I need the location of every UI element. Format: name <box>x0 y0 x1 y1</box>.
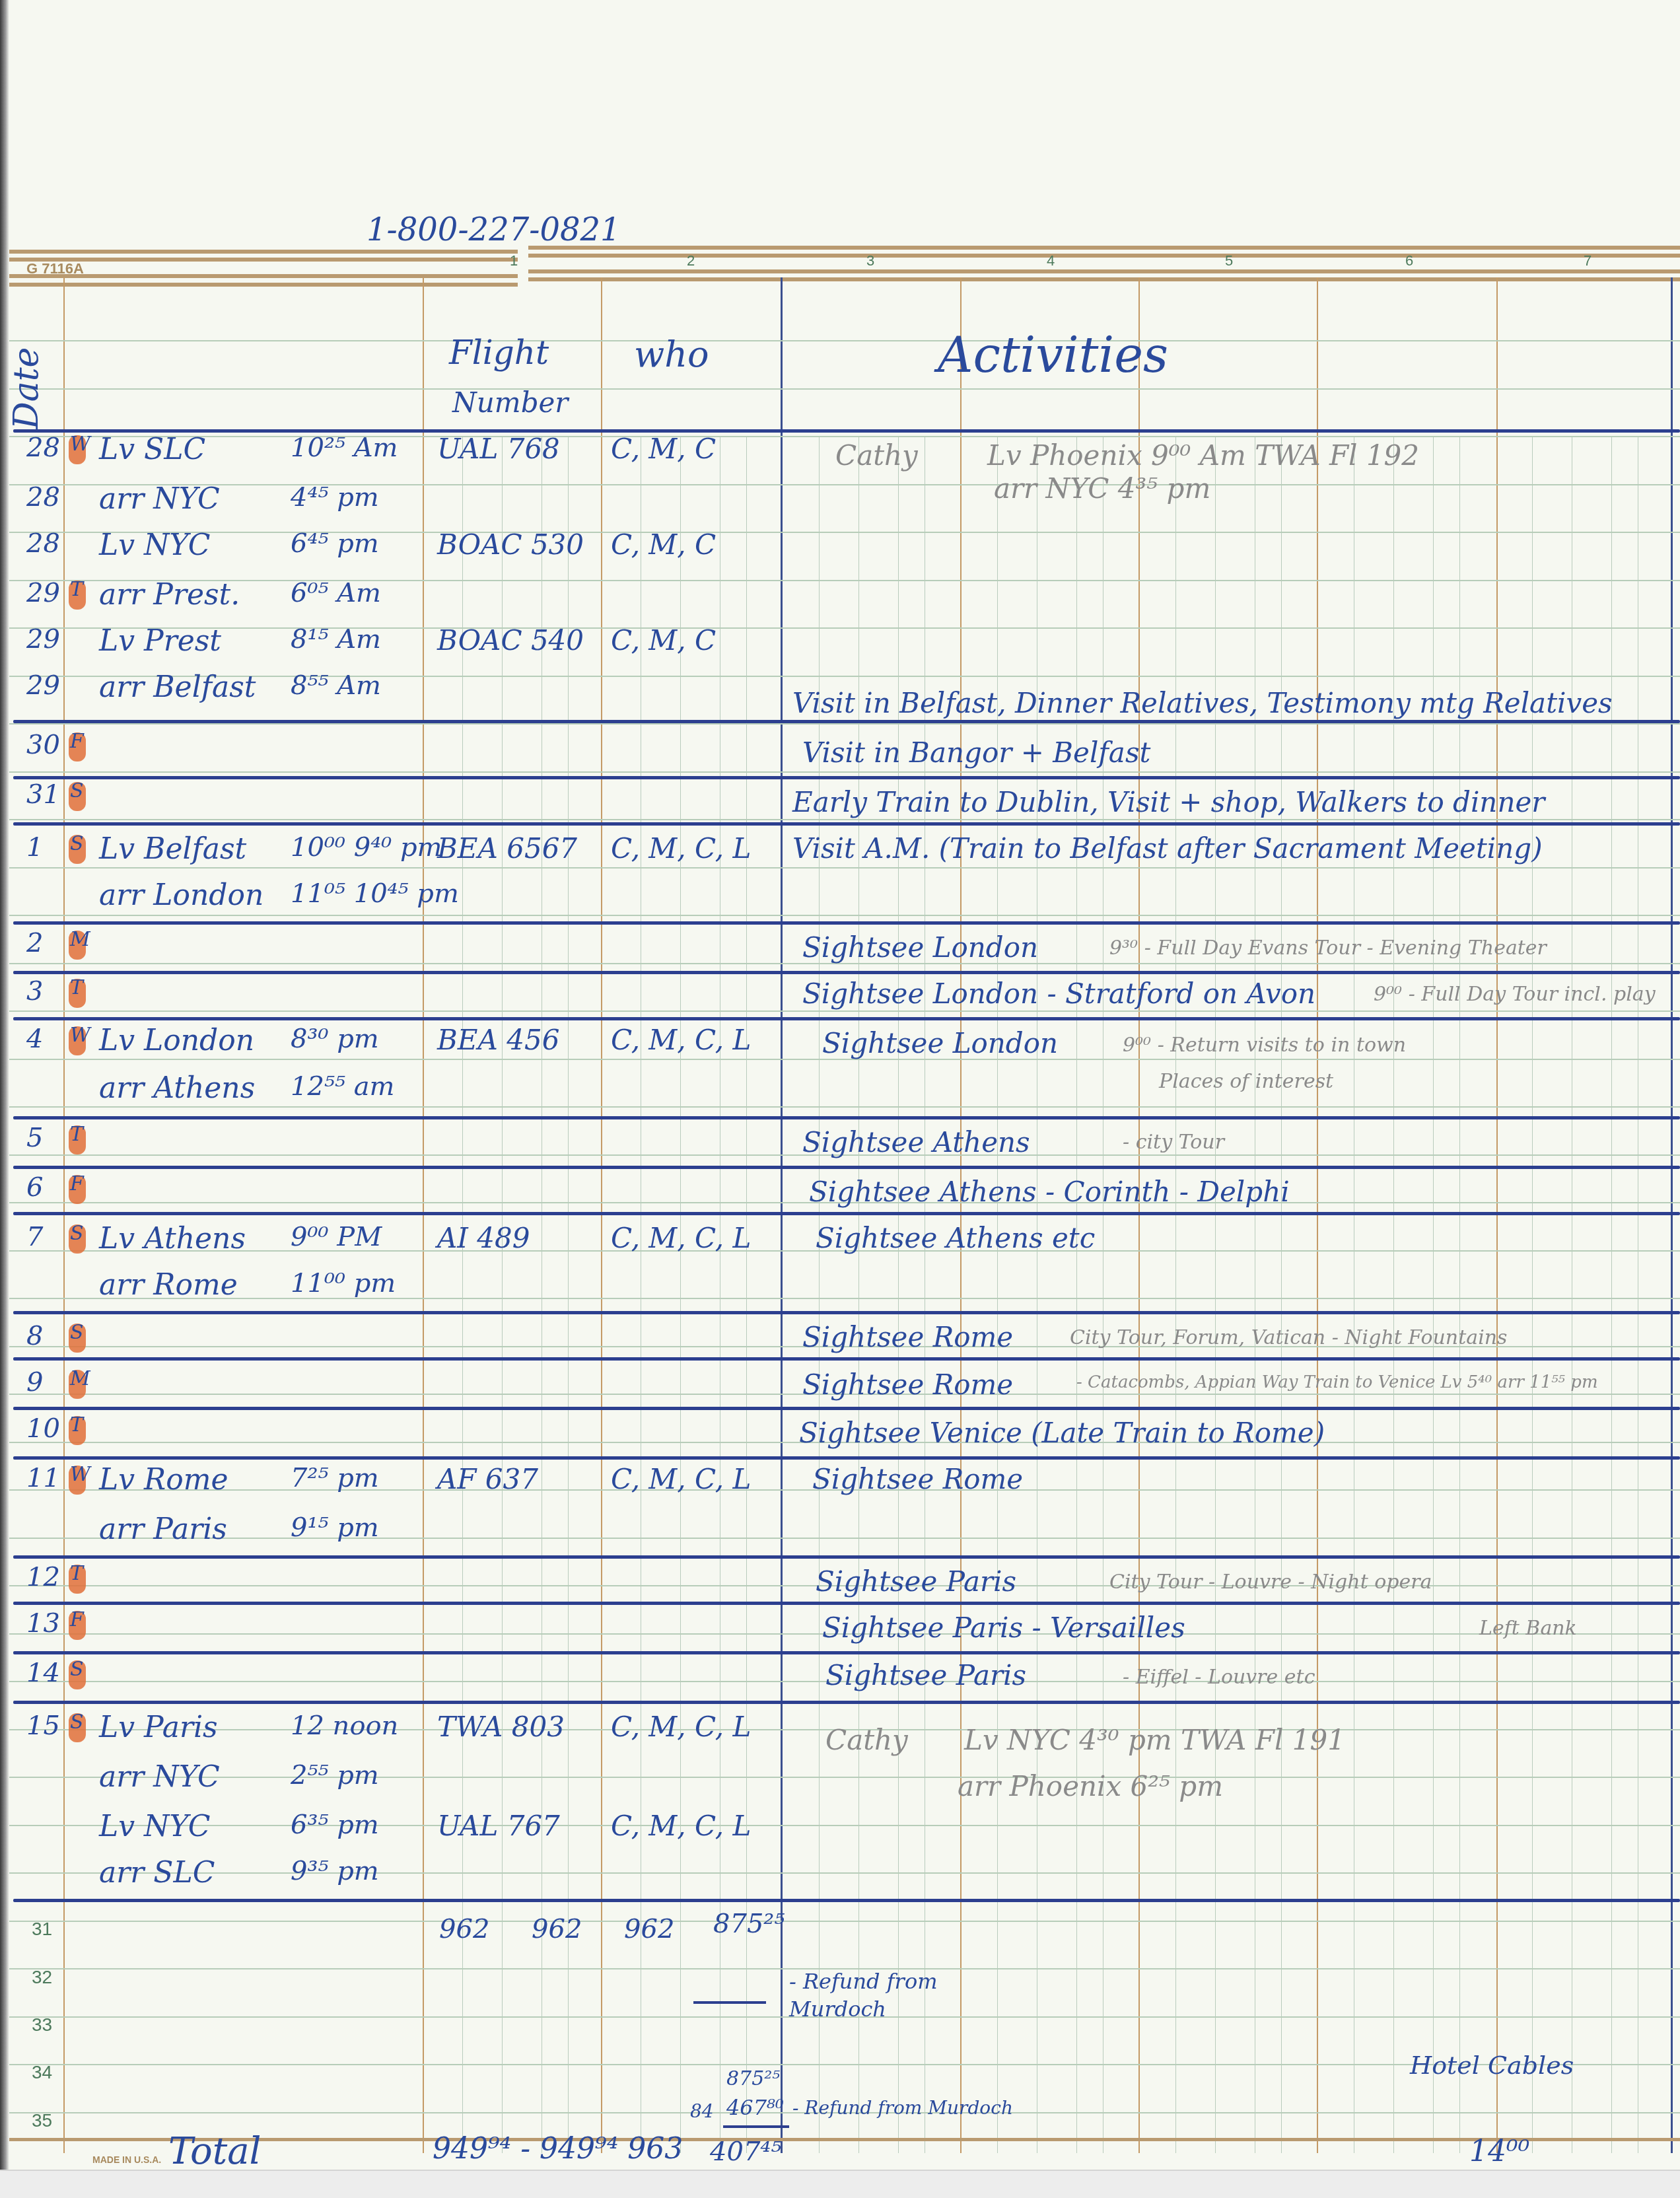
activity-london-2: Sightsee London <box>802 931 1038 964</box>
activity-rome-8: Sightsee Rome <box>802 1321 1013 1353</box>
row-date: 28 <box>26 433 60 463</box>
row-event: arr Prest. <box>99 578 240 612</box>
activity-london-3-note: 9⁰⁰ - Full Day Tour incl. play <box>1374 983 1656 1006</box>
activity-london-3: Sightsee London - Stratford on Avon <box>802 977 1315 1010</box>
row-date: 14 <box>26 1658 60 1688</box>
column-number: 2 <box>687 252 695 269</box>
header-band <box>9 283 518 287</box>
row-date: 11 <box>26 1463 60 1493</box>
refund-note-1: - Refund from Murdoch <box>789 1968 1007 2023</box>
activity-venice: Sightsee Venice (Late Train to Rome) <box>799 1417 1325 1449</box>
activity-cathy-out-line2: arr NYC 4³⁵ pm <box>994 472 1210 505</box>
header-band <box>528 269 1680 273</box>
row-who: C, M, C <box>611 433 716 465</box>
ruled-line <box>9 819 1680 820</box>
row-flight: BOAC 530 <box>437 528 584 561</box>
row-event: Lv London <box>99 1024 254 1057</box>
row-number: 31 <box>32 1919 52 1940</box>
ruled-line <box>9 1538 1680 1539</box>
total-label: Total <box>168 2130 262 2173</box>
row-day: T <box>70 1562 83 1585</box>
activity-athens-6: Sightsee Athens - Corinth - Delphi <box>809 1176 1290 1208</box>
activity-athens-7: Sightsee Athens etc <box>816 1222 1095 1254</box>
activity-sunday: Visit A.M. (Train to Belfast after Sacra… <box>792 832 1543 865</box>
row-date: 30 <box>26 730 60 760</box>
row-day: W <box>70 1024 90 1047</box>
row-date: 13 <box>26 1608 60 1639</box>
activity-paris-14-note: - Eiffel - Louvre etc <box>1123 1666 1315 1689</box>
activity-rome-8-note: City Tour, Forum, Vatican - Night Founta… <box>1070 1326 1507 1349</box>
row-flight: AF 637 <box>437 1463 538 1495</box>
header-date: Date <box>7 347 46 429</box>
row-date: 12 <box>26 1562 60 1592</box>
ruled-line <box>9 1921 1680 1922</box>
row-date: 6 <box>26 1172 43 1203</box>
row-day: M <box>70 1367 90 1390</box>
row-day: W <box>70 433 90 456</box>
column-rule <box>1496 277 1498 2153</box>
row-flight: TWA 803 <box>437 1711 565 1743</box>
fare-1: 962 <box>439 1914 489 1944</box>
row-time: 10²⁵ Am <box>291 433 398 463</box>
row-time: 9⁰⁰ PM <box>291 1222 382 1252</box>
row-time: 9³⁵ pm <box>291 1856 379 1886</box>
row-event: Lv Rome <box>99 1463 228 1497</box>
row-day: S <box>70 1321 84 1344</box>
activity-cathy-return-line2: arr Phoenix 6²⁵ pm <box>958 1770 1223 1802</box>
column-rule <box>1138 277 1140 2153</box>
row-day: F <box>70 1608 84 1631</box>
header-band <box>9 258 518 262</box>
activity-dublin: Early Train to Dublin, Visit + shop, Wal… <box>792 786 1545 818</box>
row-number: 35 <box>32 2110 52 2131</box>
row-flight: BOAC 540 <box>437 624 584 656</box>
ruled-line <box>9 436 1680 437</box>
column-rule <box>423 277 424 2153</box>
row-date: 10 <box>26 1413 60 1444</box>
row-time: 9¹⁵ pm <box>291 1512 379 1543</box>
row-number: 33 <box>32 2014 52 2036</box>
row-date: 15 <box>26 1711 60 1741</box>
activity-rome-9-note: - Catacombs, Appian Way Train to Venice … <box>1076 1372 1598 1392</box>
activity-belfast: Visit in Belfast, Dinner Relatives, Test… <box>792 687 1613 719</box>
scan-edge <box>0 0 9 2198</box>
header-number: Number <box>452 386 568 419</box>
phone-note: 1-800-227-0821 <box>367 211 621 248</box>
activity-london-4: Sightsee London <box>822 1027 1058 1059</box>
underline <box>693 2001 766 2004</box>
activity-athens-5: Sightsee Athens <box>802 1126 1030 1158</box>
row-number: 32 <box>32 1967 52 1988</box>
header-who: who <box>634 334 709 375</box>
activity-cathy-out-line1: Lv Phoenix 9⁰⁰ Am TWA Fl 192 <box>987 439 1419 472</box>
row-time: 8³⁰ pm <box>291 1024 379 1054</box>
activity-paris-13: Sightsee Paris - Versailles <box>822 1612 1185 1644</box>
ruled-line <box>9 580 1680 581</box>
row-day: W <box>70 1463 90 1486</box>
ruled-line <box>9 1298 1680 1299</box>
row-number: 34 <box>32 2062 52 2083</box>
column-rule <box>1671 277 1673 2153</box>
activity-london-4-note2: Places of interest <box>1159 1070 1333 1093</box>
refund-note-2: - Refund from Murdoch <box>792 2097 1013 2119</box>
row-event: Lv NYC <box>99 528 211 562</box>
row-time: 8⁵⁵ Am <box>291 670 381 701</box>
ruled-line <box>9 532 1680 533</box>
row-event: Lv Belfast <box>99 832 246 866</box>
row-date: 5 <box>26 1123 43 1153</box>
row-who: C, M, C <box>611 528 716 561</box>
row-date: 28 <box>26 482 60 513</box>
row-time: 4⁴⁵ pm <box>291 482 379 513</box>
row-day: T <box>70 578 83 601</box>
column-number: 7 <box>1584 252 1592 269</box>
row-time: 6³⁵ pm <box>291 1810 379 1840</box>
row-event: Lv NYC <box>99 1810 211 1843</box>
fare-3: 962 <box>624 1914 674 1944</box>
column-rule <box>601 277 602 2153</box>
row-date: 9 <box>26 1367 43 1398</box>
activity-rome-9: Sightsee Rome <box>802 1368 1013 1401</box>
row-day: S <box>70 1222 84 1245</box>
hotel-cables-value: 14⁰⁰ <box>1469 2135 1529 2168</box>
header-activities: Activities <box>938 327 1168 384</box>
ruled-line <box>9 1872 1680 1874</box>
ruled-line <box>9 1010 1680 1012</box>
row-who: C, M, C, L <box>611 1222 751 1254</box>
row-day: T <box>70 976 83 999</box>
row-date: 3 <box>26 976 43 1007</box>
row-flight: UAL 768 <box>437 433 560 465</box>
row-who: C, M, C, L <box>611 832 751 865</box>
row-event: Lv Athens <box>99 1222 246 1256</box>
row-date: 29 <box>26 578 60 608</box>
row-date: 8 <box>26 1321 43 1351</box>
activity-bangor: Visit in Bangor + Belfast <box>802 736 1150 769</box>
row-flight: BEA 456 <box>437 1024 559 1056</box>
ruled-line <box>9 676 1680 677</box>
ruled-line <box>9 915 1680 916</box>
row-time: 12⁵⁵ am <box>291 1071 394 1102</box>
row-event: arr Belfast <box>99 670 256 704</box>
row-time: 6⁴⁵ pm <box>291 528 379 559</box>
activity-paris-13-note: Left Bank <box>1479 1617 1577 1640</box>
row-who: C, M, C, L <box>611 1463 751 1495</box>
row-flight: BEA 6567 <box>437 832 577 865</box>
column-number: 4 <box>1047 252 1055 269</box>
row-who: C, M, C <box>611 624 716 656</box>
activity-cathy-out-name: Cathy <box>835 439 918 472</box>
net-total: 407⁴⁵ <box>710 2137 781 2167</box>
activity-london-4-note: 9⁰⁰ - Return visits to in town <box>1123 1034 1406 1057</box>
column-number: 6 <box>1405 252 1413 269</box>
header-band <box>528 254 1680 258</box>
row-day: F <box>70 730 84 753</box>
row-time: 7²⁵ pm <box>291 1463 379 1493</box>
row-time: 10⁰⁰ 9⁴⁰ pm <box>291 832 442 863</box>
ruled-line <box>9 340 1680 341</box>
fare-2: 962 <box>532 1914 582 1944</box>
header-flight: Flight <box>449 334 549 372</box>
row-event: arr SLC <box>99 1856 215 1890</box>
row-day: T <box>70 1123 83 1146</box>
activity-cathy-return-line1: Lv NYC 4³⁰ pm TWA Fl 191 <box>964 1724 1345 1756</box>
row-date: 2 <box>26 928 43 958</box>
row-event: arr Paris <box>99 1512 227 1546</box>
activity-cathy-return-name: Cathy <box>825 1724 908 1756</box>
row-event: Lv SLC <box>99 433 205 466</box>
underline <box>723 2125 789 2128</box>
row-date: 4 <box>26 1024 43 1054</box>
row-who: C, M, C, L <box>611 1711 751 1743</box>
ruled-line <box>9 867 1680 869</box>
row-time: 8¹⁵ Am <box>291 624 381 655</box>
row-date: 29 <box>26 670 60 701</box>
column-rule <box>960 277 962 2153</box>
row-time: 2⁵⁵ pm <box>291 1760 379 1790</box>
row-day: F <box>70 1172 84 1195</box>
row-who: C, M, C, L <box>611 1810 751 1842</box>
row-event: arr Rome <box>99 1268 238 1302</box>
ruled-line <box>9 771 1680 773</box>
row-time: 11⁰⁰ pm <box>291 1268 396 1298</box>
ruled-line <box>9 627 1680 629</box>
row-time: 11⁰⁵ 10⁴⁵ pm <box>291 878 459 909</box>
row-flight: UAL 767 <box>437 1810 560 1842</box>
header-band <box>9 250 518 254</box>
row-event: arr Athens <box>99 1071 255 1105</box>
header-band <box>9 274 518 278</box>
activity-rome-11: Sightsee Rome <box>812 1463 1023 1495</box>
row-day: S <box>70 1711 84 1734</box>
ruled-line <box>9 723 1680 725</box>
column-rule <box>63 277 65 2153</box>
header-band <box>528 246 1680 250</box>
made-in-label: MADE IN U.S.A. <box>92 2154 161 2165</box>
activity-paris-14: Sightsee Paris <box>825 1659 1026 1691</box>
row-date: 31 <box>26 779 60 810</box>
form-code: G 7116A <box>26 260 84 277</box>
row-day: M <box>70 928 90 951</box>
row-flight: AI 489 <box>437 1222 530 1254</box>
ruled-line <box>9 388 1680 390</box>
row-event: arr NYC <box>99 1760 220 1794</box>
ruled-line <box>9 1106 1680 1108</box>
calc-875: 875²⁵ <box>726 2067 780 2090</box>
row-who: C, M, C, L <box>611 1024 751 1056</box>
column-rule <box>781 277 783 2153</box>
row-day: S <box>70 779 84 802</box>
column-number: 1 <box>510 252 518 269</box>
row-date: 29 <box>26 624 60 655</box>
row-day: S <box>70 1658 84 1681</box>
hotel-cables-label: Hotel Cables <box>1410 2051 1574 2080</box>
row-date: 1 <box>26 832 43 863</box>
row-day: S <box>70 832 84 855</box>
calc-467: 467⁸⁰ <box>726 2095 784 2120</box>
page-bottom-edge <box>0 2170 1680 2198</box>
calc-84: 84 <box>690 2100 714 2122</box>
row-event: Lv Paris <box>99 1711 218 1744</box>
row-event: arr London <box>99 878 263 912</box>
activity-paris-12-note: City Tour - Louvre - Night opera <box>1109 1571 1432 1594</box>
ruled-line <box>9 1777 1680 1778</box>
fare-4: 875²⁵ <box>713 1909 785 1939</box>
column-number: 5 <box>1225 252 1233 269</box>
ruled-line <box>9 484 1680 485</box>
row-time: 6⁰⁵ Am <box>291 578 381 608</box>
header-band <box>528 277 1680 281</box>
column-number: 3 <box>866 252 874 269</box>
column-rule <box>1317 277 1318 2153</box>
ruled-line <box>9 1825 1680 1826</box>
row-day: T <box>70 1413 83 1436</box>
activity-london-2-note: 9³⁰ - Full Day Evans Tour - Evening Thea… <box>1109 937 1547 960</box>
total-values: 949⁹⁴ - 949⁹⁴ 963 <box>433 2132 683 2166</box>
row-date: 7 <box>26 1222 43 1252</box>
row-date: 28 <box>26 528 60 559</box>
row-event: arr NYC <box>99 482 220 516</box>
activity-athens-5-note: - city Tour <box>1123 1131 1224 1154</box>
row-time: 12 noon <box>291 1711 398 1741</box>
row-event: Lv Prest <box>99 624 221 658</box>
activity-paris-12: Sightsee Paris <box>816 1565 1016 1598</box>
